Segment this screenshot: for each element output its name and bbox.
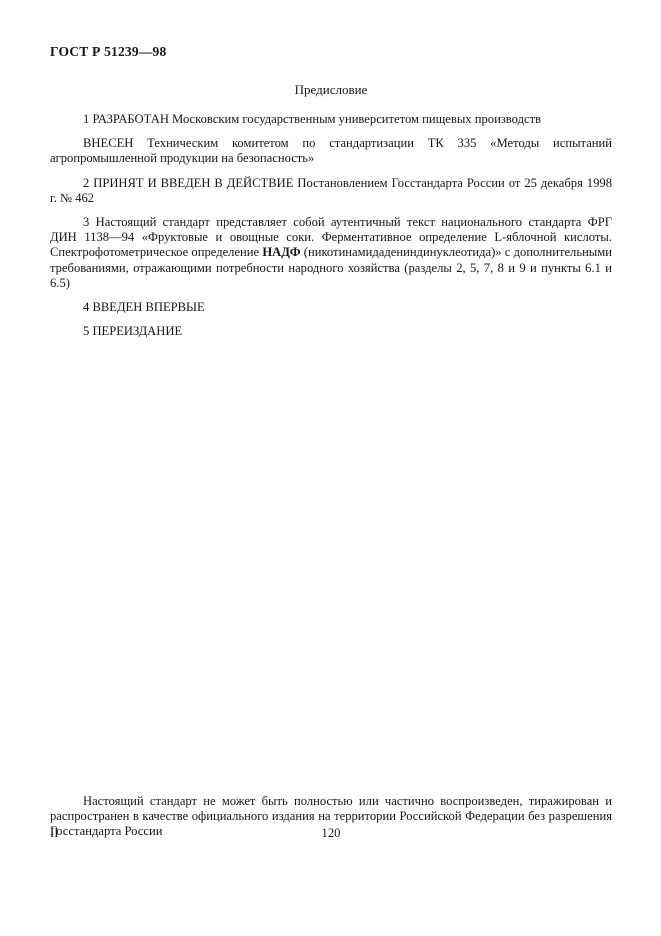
preface-item-1: 1 РАЗРАБОТАН Московским государственным …	[50, 112, 612, 127]
preface-item-submitted: ВНЕСЕН Техническим комитетом по стандарт…	[50, 136, 612, 166]
preface-item-4: 4 ВВЕДЕН ВПЕРВЫЕ	[50, 300, 612, 315]
page-number: 120	[50, 826, 612, 841]
page-content: ГОСТ Р 51239—98 Предисловие 1 РАЗРАБОТАН…	[50, 44, 612, 339]
nadp-abbreviation: НАДФ	[262, 245, 300, 259]
footer-page-line: II 120	[50, 826, 612, 842]
preface-item-3: 3 Настоящий стандарт представляет собой …	[50, 215, 612, 291]
preface-item-5: 5 ПЕРЕИЗДАНИЕ	[50, 324, 612, 339]
document-page: ГОСТ Р 51239—98 Предисловие 1 РАЗРАБОТАН…	[0, 0, 661, 936]
page-title: Предисловие	[50, 82, 612, 98]
doc-header-standard-code: ГОСТ Р 51239—98	[50, 44, 612, 60]
preface-item-2: 2 ПРИНЯТ И ВВЕДЕН В ДЕЙСТВИЕ Постановлен…	[50, 176, 612, 206]
